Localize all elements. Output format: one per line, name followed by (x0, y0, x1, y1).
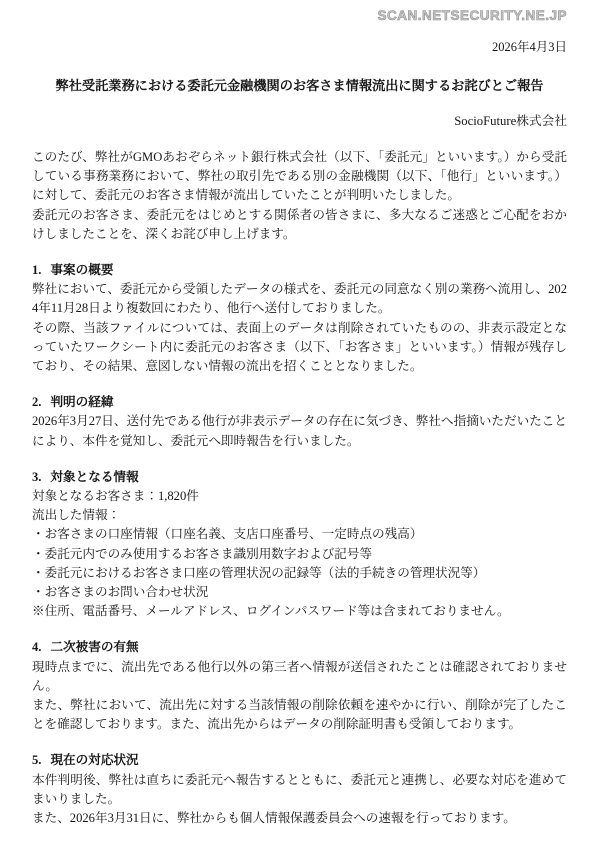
leaked-info-label: 流出した情報： (32, 506, 567, 525)
bullet-item: ・委託元におけるお客さま口座の管理状況の記録等（法的手続きの管理状況等） (32, 564, 567, 583)
section-title: 対象となる情報 (50, 468, 138, 487)
section-affected-information: 3. 対象となる情報 対象となるお客さま：1,820件 流出した情報： ・お客さ… (32, 468, 567, 622)
intro-block: このたび、弊社がGMOあおぞらネット銀行株式会社（以下、「委託元」といいます。）… (32, 148, 567, 244)
section-number: 2. (32, 393, 41, 412)
document-title: 弊社受託業務における委託元金融機関のお客さま情報流出に関するお詫びとご報告 (32, 76, 567, 95)
bullet-item: ・お客さまの口座情報（口座名義、支店口座番号、一定時点の残高） (32, 525, 567, 544)
bullet-item: ・委託元内でのみ使用するお客さま識別用数字および記号等 (32, 545, 567, 564)
section-heading: 2. 判明の経緯 (32, 393, 567, 412)
section-heading: 5. 現在の対応状況 (32, 751, 567, 770)
section-secondary-damage: 4. 二次被害の有無 現時点までに、流出先である他行以外の第三者へ情報が送信され… (32, 638, 567, 734)
section-number: 3. (32, 468, 41, 487)
body-paragraph: 2026年3月27日、送付先である他行が非表示データの存在に気づき、弊社へ指摘い… (32, 412, 567, 450)
body-paragraph: また、2026年3月31日に、弊社からも個人情報保護委員会への速報を行っておりま… (32, 809, 567, 828)
section-heading: 1. 事案の概要 (32, 261, 567, 280)
section-number: 5. (32, 751, 41, 770)
section-current-response: 5. 現在の対応状況 本件判明後、弊社は直ちに委託元へ報告するとともに、委託元と… (32, 751, 567, 828)
document-page: SCAN.NETSECURITY.NE.JP 2026年4月3日 弊社受託業務に… (0, 0, 595, 841)
body-paragraph: また、弊社において、流出先に対する当該情報の削除依頼を速やかに行い、削除が完了し… (32, 696, 567, 734)
section-heading: 4. 二次被害の有無 (32, 638, 567, 657)
bullet-item: ・お客さまのお問い合わせ状況 (32, 583, 567, 602)
section-number: 1. (32, 261, 41, 280)
document-date: 2026年4月3日 (32, 39, 567, 55)
section-title: 現在の対応状況 (50, 751, 138, 770)
intro-paragraph: このたび、弊社がGMOあおぞらネット銀行株式会社（以下、「委託元」といいます。）… (32, 148, 567, 206)
site-watermark: SCAN.NETSECURITY.NE.JP (32, 8, 567, 24)
intro-paragraph: 委託元のお客さま、委託元をはじめとする関係者の皆さまに、多大なるご迷惑とご心配を… (32, 206, 567, 244)
company-name: SocioFuture株式会社 (32, 113, 567, 130)
body-paragraph: 弊社において、委託元から受領したデータの様式を、委託元の同意なく別の業務へ流用し… (32, 280, 567, 318)
body-paragraph: 本件判明後、弊社は直ちに委託元へ報告するとともに、委託元と連携し、必要な対応を進… (32, 771, 567, 809)
section-title: 判明の経緯 (50, 393, 113, 412)
section-discovery: 2. 判明の経緯 2026年3月27日、送付先である他行が非表示データの存在に気… (32, 393, 567, 451)
body-paragraph: 現時点までに、流出先である他行以外の第三者へ情報が送信されたことは確認されており… (32, 658, 567, 696)
section-heading: 3. 対象となる情報 (32, 468, 567, 487)
section-incident-overview: 1. 事案の概要 弊社において、委託元から受領したデータの様式を、委託元の同意な… (32, 261, 567, 376)
body-paragraph: その際、当該ファイルについては、表面上のデータは削除されていたものの、非表示設定… (32, 319, 567, 377)
section-title: 二次被害の有無 (50, 638, 138, 657)
note-text: ※住所、電話番号、メールアドレス、ログインパスワード等は含まれておりません。 (32, 602, 567, 621)
affected-count: 対象となるお客さま：1,820件 (32, 487, 567, 506)
section-title: 事案の概要 (50, 261, 113, 280)
section-number: 4. (32, 638, 41, 657)
